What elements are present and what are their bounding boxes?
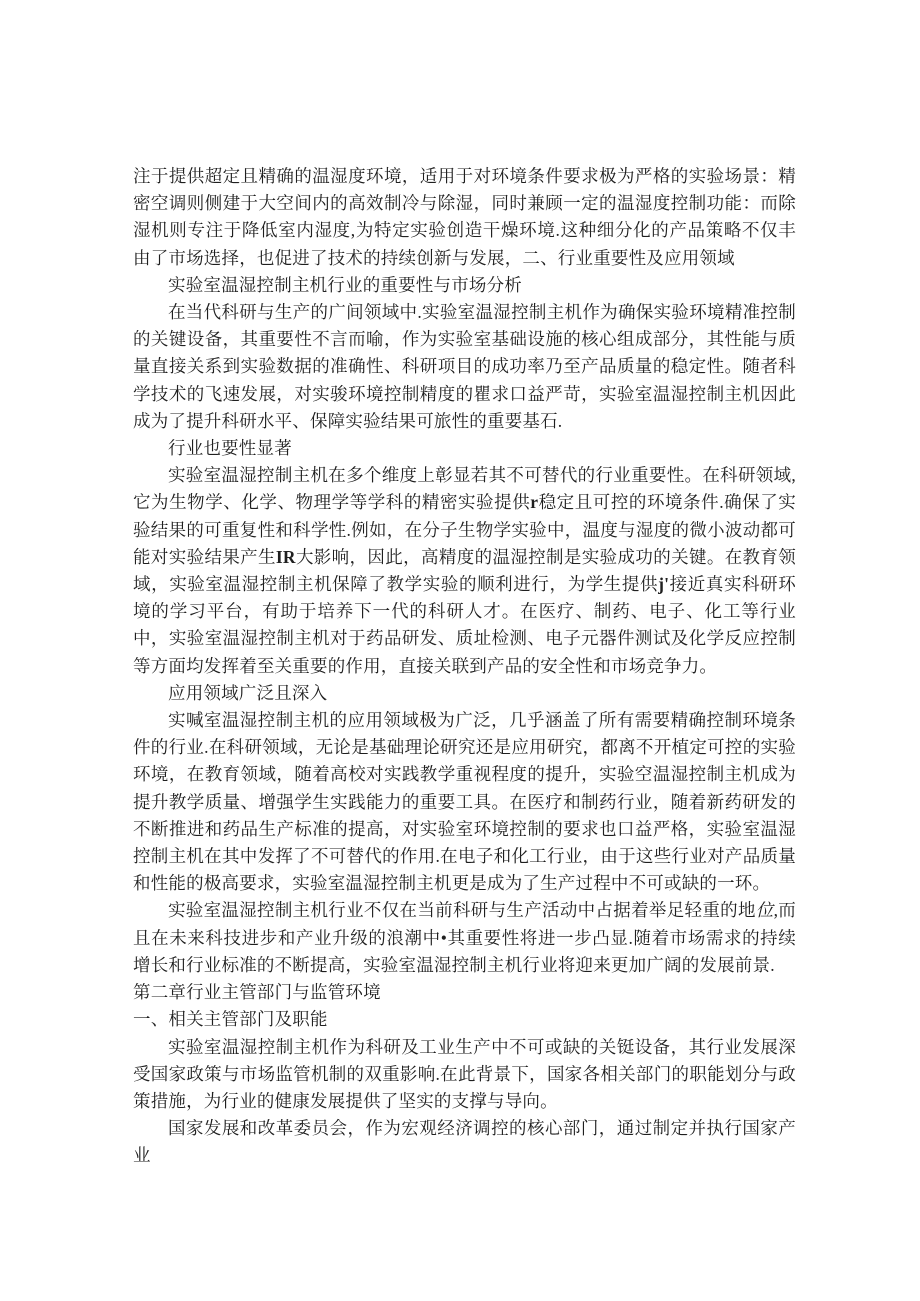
paragraph: 实验室温湿控制主机行业的重要性与市场分析 <box>133 272 796 299</box>
text-run: j' <box>658 574 669 594</box>
paragraph: 一、相关主管部门及职能 <box>133 1006 796 1033</box>
paragraph: 在当代科研与生产的广间领域中.实验室温湿控制主机作为确保实验环境精准控制的关键设… <box>133 299 796 435</box>
paragraph: 实喊室温湿控制主机的应用领域极为广泛，几乎涵盖了所有需要精确控制环境条件的行业.… <box>133 707 796 897</box>
text-run: 实验室温湿控制主机作为科研及工业生产中不可或缺的关铤设备，其行业发展深受国家政策… <box>133 1037 796 1111</box>
text-run: 在当代科研与生产的广间领域中.实验室温湿控制主机作为确保实验环境精准控制的关键设… <box>133 302 796 431</box>
text-run: 行业也要性显著 <box>168 438 292 458</box>
text-run: 位 <box>756 900 774 920</box>
document-text-block: 注于提供超定且精确的温湿度环境，适用于对环境条件要求极为严格的实验场景：精密空调… <box>133 163 796 1170</box>
paragraph: 实验室温湿控制主机行业不仅在当前科研与生产活动中占据着举足轻重的地位,而且在未来… <box>133 897 796 979</box>
text-run: 实验室温湿控制主机行业不仅在当前科研与生产活动中占据着举足轻重的地 <box>168 900 756 920</box>
paragraph: 第二章行业主管部门与监管环境 <box>133 979 796 1006</box>
text-run: 应用领域广泛且深入 <box>168 683 327 703</box>
text-run: 注于提供超定且精确的温湿度环境，适用于对环境条件要求极为严格的实验场景：精密空调… <box>133 166 796 268</box>
text-run: 实验室温湿控制主机行业的重要性与市场分析 <box>168 275 522 295</box>
paragraph: 国家发展和改革委员会，作为宏观经济调控的核心部门，通过制定并执行国家产业 <box>133 1115 796 1169</box>
text-run: IR <box>276 547 296 567</box>
paragraph: 实验室温湿控制主机作为科研及工业生产中不可或缺的关铤设备，其行业发展深受国家政策… <box>133 1034 796 1116</box>
text-run: 国家发展和改革委员会，作为宏观经济调控的核心部门，通过制定并执行国家产业 <box>133 1118 796 1165</box>
paragraph: 注于提供超定且精确的温湿度环境，适用于对环境条件要求极为严格的实验场景：精密空调… <box>133 163 796 272</box>
paragraph: 应用领域广泛且深入 <box>133 680 796 707</box>
paragraph: 实验室温湿控制主机在多个维度上彰显若其不可替代的行业重要性。在科研领域,它为生物… <box>133 462 796 680</box>
text-run: 第二章行业主管部门与监管环境 <box>133 982 381 1002</box>
document-page: 注于提供超定且精确的温湿度环境，适用于对环境条件要求极为严格的实验场景：精密空调… <box>0 0 920 1301</box>
text-run: 一、相关主管部门及职能 <box>133 1009 328 1029</box>
text-run: 实喊室温湿控制主机的应用领域极为广泛，几乎涵盖了所有需要精确控制环境条件的行业.… <box>133 710 796 893</box>
paragraph: 行业也要性显著 <box>133 435 796 462</box>
